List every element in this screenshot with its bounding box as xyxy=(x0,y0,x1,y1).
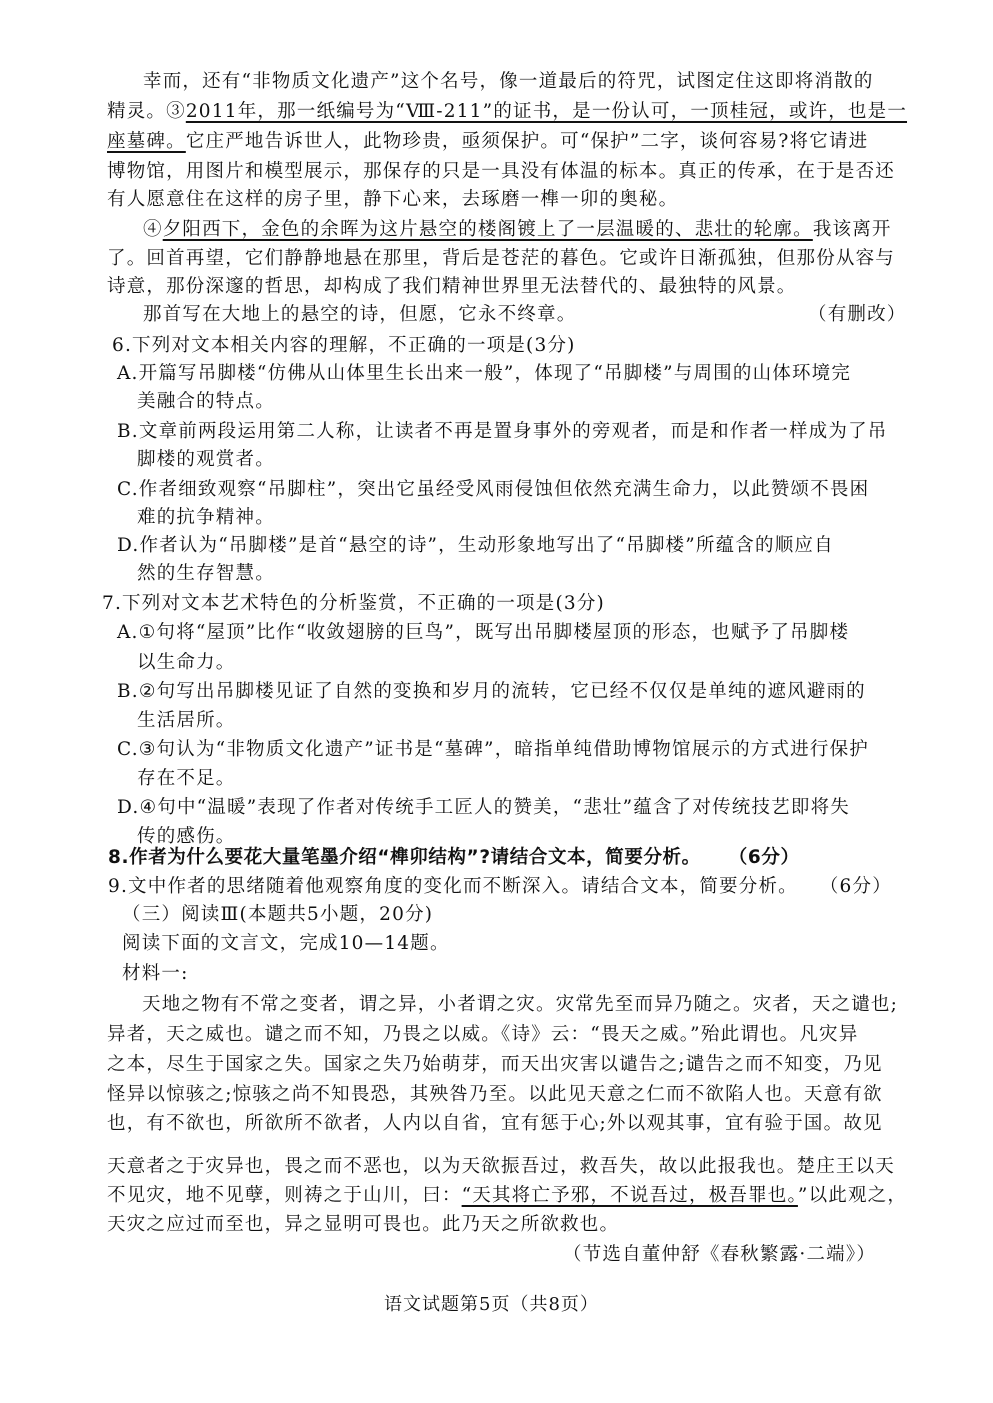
passage-text: 幸而，还有“非物质文化遗产”这个名号，像一道最后的符咒，试图定住这即将消散的 xyxy=(143,71,874,92)
question-score: （6分） xyxy=(729,847,800,868)
passage-text: 了。回首再望，它们静静地悬在那里，背后是苍茫的暮色。它或许日渐孤独，但那份从容与 xyxy=(107,248,895,269)
edited-note-text: （有删改） xyxy=(808,304,907,325)
classical-text: 天地之物有不常之变者，谓之异，小者谓之灾。灾常先至而异乃随之。灾者，天之谴也; xyxy=(142,994,898,1015)
q6-option-c: C.作者细致观察“吊脚柱”，突出它虽经受风雨侵蚀但依然充满生命力，以此赞颂不畏困 xyxy=(0,478,993,502)
classical-text-line: 异者，天之威也。谴之而不知，乃畏之以威。《诗》云：“畏天之威。”殆此谓也。凡灾异 xyxy=(0,1023,993,1047)
passage-line: 幸而，还有“非物质文化遗产”这个名号，像一道最后的符咒，试图定住这即将消散的 xyxy=(0,70,993,94)
underlined-quote: “天其将亡予邪，不说吾过，极吾罪也。 xyxy=(462,1185,798,1206)
q6-option-b-cont: 脚楼的观赏者。 xyxy=(0,448,993,472)
passage-text: 精灵。③ xyxy=(107,101,186,122)
classical-text: 不见灾，地不见孽，则祷之于山川，曰： xyxy=(107,1185,462,1206)
underlined-sentence-3: 2011年，那一纸编号为“Ⅷ-211”的证书，是一份认可，一顶桂冠，或许，也是一 xyxy=(186,101,907,122)
option-text: C.③句认为“非物质文化遗产”证书是“墓碑”，暗指单纯借助博物馆展示的方式进行保… xyxy=(117,739,869,760)
option-text: 存在不足。 xyxy=(137,768,236,789)
passage-line: 有人愿意住在这样的房子里，静下心来，去琢磨一榫一卯的奥秘。 xyxy=(0,188,993,212)
passage-line: 了。回首再望，它们静静地悬在那里，背后是苍茫的暮色。它或许日渐孤独，但那份从容与 xyxy=(0,247,993,271)
classical-text-line: 怪异以惊骇之;惊骇之尚不知畏恐，其殃咎乃至。以此见天意之仁而不欲陷人也。天意有欲 xyxy=(0,1083,993,1107)
classical-text: 天意者之于灾异也，畏之而不恶也，以为天欲振吾过，救吾失，故以此报我也。楚庄王以天 xyxy=(107,1156,895,1177)
underlined-sentence-4: 夕阳西下，金色的余晖为这片悬空的楼阁镀上了一层温暖的、悲壮的轮廓。 xyxy=(163,219,813,240)
passage-text: 诗意，那份深邃的哲思，却构成了我们精神世界里无法替代的、最独特的风景。 xyxy=(107,276,797,297)
question-9: 9.文中作者的思绪随着他观察角度的变化而不断深入。请结合文本，简要分析。（6分） xyxy=(0,875,993,899)
q7-option-a: A.①句将“屋顶”比作“收敛翅膀的巨鸟”，既写出吊脚楼屋顶的形态，也赋予了吊脚楼 xyxy=(0,621,993,645)
classical-text: 异者，天之威也。谴之而不知，乃畏之以威。《诗》云：“畏天之威。”殆此谓也。凡灾异 xyxy=(107,1024,858,1045)
q7-option-d: D.④句中“温暖”表现了作者对传统手工匠人的赞美，“悲壮”蕴含了对传统技艺即将失 xyxy=(0,796,993,820)
passage-text: 那首写在大地上的悬空的诗，但愿，它永不终章。 xyxy=(143,304,576,325)
question-text: 8.作者为什么要花大量笔墨介绍“榫卯结构”?请结合文本，简要分析。 xyxy=(108,847,701,868)
q7-option-b-cont: 生活居所。 xyxy=(0,709,993,733)
option-text: 然的生存智慧。 xyxy=(137,563,275,584)
underlined-sentence-3-end: 座墓碑。 xyxy=(107,131,186,152)
option-text: B.文章前两段运用第二人称，让读者不再是置身事外的旁观者，而是和作者一样成为了吊 xyxy=(117,421,887,442)
passage-text: 它庄严地告诉世人，此物珍贵，亟须保护。可“保护”二字，谈何容易?将它请进 xyxy=(186,131,869,152)
q7-option-a-cont: 以生命力。 xyxy=(0,651,993,675)
question-text: 6.下列对文本相关内容的理解，不正确的一项是(3分) xyxy=(112,335,576,356)
classical-text: 也，有不欲也，所欲所不欲者，人内以自省，宜有惩于心;外以观其事，宜有验于国。故见 xyxy=(107,1113,883,1134)
classical-text-line: 不见灾，地不见孽，则祷之于山川，曰：“天其将亡予邪，不说吾过，极吾罪也。”以此观… xyxy=(0,1184,993,1208)
classical-text-line: 天地之物有不常之变者，谓之异，小者谓之灾。灾常先至而异乃随之。灾者，天之谴也; xyxy=(0,993,993,1017)
classical-text: 之本，尽生于国家之失。国家之失乃始萌芽，而天出灾害以谴告之;谴告之而不知变，乃见 xyxy=(107,1054,883,1075)
q6-option-d: D.作者认为“吊脚楼”是首“悬空的诗”，生动形象地写出了“吊脚楼”所蕴含的顺应自 xyxy=(0,534,993,558)
passage-line: 诗意，那份深邃的哲思，却构成了我们精神世界里无法替代的、最独特的风景。 xyxy=(0,275,993,299)
question-score: （6分） xyxy=(820,876,892,897)
section-title-text: （三）阅读Ⅲ(本题共5小题，20分) xyxy=(122,904,433,925)
q7-option-b: B.②句写出吊脚楼见证了自然的变换和岁月的流转，它已经不仅仅是单纯的遮风避雨的 xyxy=(0,680,993,704)
option-text: 脚楼的观赏者。 xyxy=(137,449,275,470)
classical-text-line: 天灾之应过而至也，异之显明可畏也。此乃天之所欲救也。 xyxy=(0,1213,993,1237)
option-text: A.开篇写吊脚楼“仿佛从山体里生长出来一般”，体现了“吊脚楼”与周围的山体环境完 xyxy=(117,363,851,384)
classical-text-line: 之本，尽生于国家之失。国家之失乃始萌芽，而天出灾害以谴告之;谴告之而不知变，乃见 xyxy=(0,1053,993,1077)
option-text: 以生命力。 xyxy=(137,652,236,673)
section-3-title: （三）阅读Ⅲ(本题共5小题，20分) xyxy=(0,903,993,927)
question-6-stem: 6.下列对文本相关内容的理解，不正确的一项是(3分) xyxy=(0,334,993,358)
page-footer: 语文试题第5页（共8页） xyxy=(384,1293,599,1317)
material-label: 材料一: xyxy=(0,962,993,986)
option-text: D.④句中“温暖”表现了作者对传统手工匠人的赞美，“悲壮”蕴含了对传统技艺即将失 xyxy=(117,797,850,818)
q6-option-a: A.开篇写吊脚楼“仿佛从山体里生长出来一般”，体现了“吊脚楼”与周围的山体环境完 xyxy=(0,362,993,386)
option-text: B.②句写出吊脚楼见证了自然的变换和岁月的流转，它已经不仅仅是单纯的遮风避雨的 xyxy=(117,681,866,702)
source-citation: （节选自董仲舒《春秋繁露·二端》） xyxy=(563,1243,876,1267)
edited-note: （有删改） xyxy=(808,303,907,327)
classical-text-line: 也，有不欲也，所欲所不欲者，人内以自省，宜有惩于心;外以观其事，宜有验于国。故见 xyxy=(0,1112,993,1136)
material-label-text: 材料一: xyxy=(122,963,189,984)
classical-text: 怪异以惊骇之;惊骇之尚不知畏恐，其殃咎乃至。以此见天意之仁而不欲陷人也。天意有欲 xyxy=(107,1084,883,1105)
q7-option-c-cont: 存在不足。 xyxy=(0,767,993,791)
classical-text: ”以此观之， xyxy=(798,1185,907,1206)
question-7-stem: 7.下列对文本艺术特色的分析鉴赏，不正确的一项是(3分) xyxy=(0,592,993,616)
passage-text: 有人愿意住在这样的房子里，静下心来，去琢磨一榫一卯的奥秘。 xyxy=(107,189,678,210)
classical-text-line: 天意者之于灾异也，畏之而不恶也，以为天欲振吾过，救吾失，故以此报我也。楚庄王以天 xyxy=(0,1155,993,1179)
passage-line: 博物馆，用图片和模型展示，那保存的只是一具没有体温的标本。真正的传承，在于是否还 xyxy=(0,160,993,184)
question-text: 9.文中作者的思绪随着他观察角度的变化而不断深入。请结合文本，简要分析。 xyxy=(108,876,798,897)
q6-option-b: B.文章前两段运用第二人称，让读者不再是置身事外的旁观者，而是和作者一样成为了吊 xyxy=(0,420,993,444)
passage-text: 博物馆，用图片和模型展示，那保存的只是一具没有体温的标本。真正的传承，在于是否还 xyxy=(107,161,895,182)
passage-line: ④夕阳西下，金色的余晖为这片悬空的楼阁镀上了一层温暖的、悲壮的轮廓。我该离开 xyxy=(0,218,993,242)
passage-line: 座墓碑。它庄严地告诉世人，此物珍贵，亟须保护。可“保护”二字，谈何容易?将它请进 xyxy=(0,130,993,154)
option-text: 传的感伤。 xyxy=(137,826,236,847)
option-text: 难的抗争精神。 xyxy=(137,507,275,528)
option-text: 美融合的特点。 xyxy=(137,391,275,412)
option-text: A.①句将“屋顶”比作“收敛翅膀的巨鸟”，既写出吊脚楼屋顶的形态，也赋予了吊脚楼 xyxy=(117,622,849,643)
q6-option-a-cont: 美融合的特点。 xyxy=(0,390,993,414)
option-text: C.作者细致观察“吊脚柱”，突出它虽经受风雨侵蚀但依然充满生命力，以此赞颂不畏困 xyxy=(117,479,869,500)
q6-option-d-cont: 然的生存智慧。 xyxy=(0,562,993,586)
page-number-label: 语文试题第5页（共8页） xyxy=(384,1294,599,1315)
q6-option-c-cont: 难的抗争精神。 xyxy=(0,506,993,530)
source-text: （节选自董仲舒《春秋繁露·二端》） xyxy=(563,1244,876,1265)
passage-text: 我该离开 xyxy=(813,219,892,240)
passage-line: 精灵。③2011年，那一纸编号为“Ⅷ-211”的证书，是一份认可，一顶桂冠，或许… xyxy=(0,100,993,124)
instruction-text: 阅读下面的文言文，完成10—14题。 xyxy=(122,933,450,954)
section-3-instruction: 阅读下面的文言文，完成10—14题。 xyxy=(0,932,993,956)
question-8: 8.作者为什么要花大量笔墨介绍“榫卯结构”?请结合文本，简要分析。（6分） xyxy=(0,846,993,870)
question-text: 7.下列对文本艺术特色的分析鉴赏，不正确的一项是(3分) xyxy=(102,593,605,614)
passage-text: ④ xyxy=(143,219,163,240)
option-text: 生活居所。 xyxy=(137,710,236,731)
classical-text: 天灾之应过而至也，异之显明可畏也。此乃天之所欲救也。 xyxy=(107,1214,619,1235)
exam-page: 幸而，还有“非物质文化遗产”这个名号，像一道最后的符咒，试图定住这即将消散的 精… xyxy=(0,0,993,1403)
option-text: D.作者认为“吊脚楼”是首“悬空的诗”，生动形象地写出了“吊脚楼”所蕴含的顺应自 xyxy=(117,535,834,556)
q7-option-c: C.③句认为“非物质文化遗产”证书是“墓碑”，暗指单纯借助博物馆展示的方式进行保… xyxy=(0,738,993,762)
